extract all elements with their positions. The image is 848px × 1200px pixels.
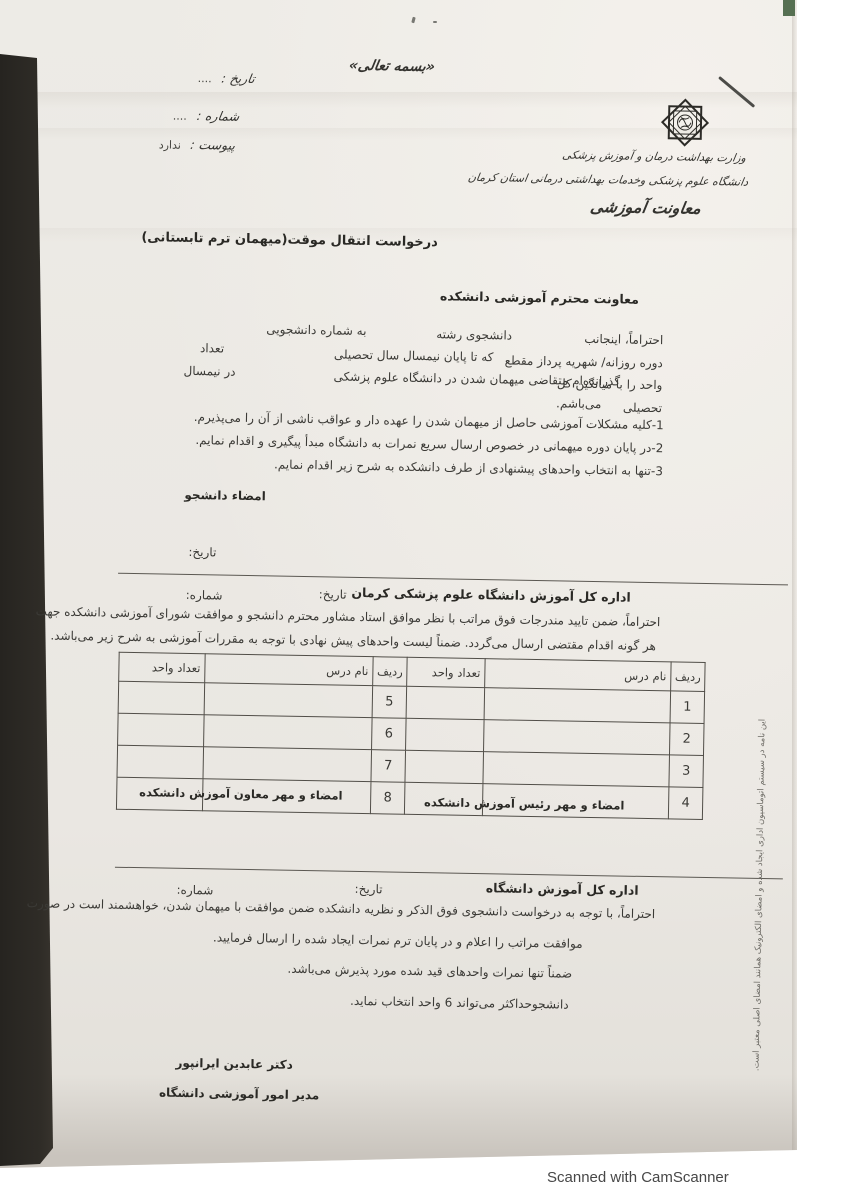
signer-name: دکتر عابدین ایرانپور (175, 1056, 293, 1072)
section3-paragraph-1: احتراماً، با توجه به درخواست دانشجوی فوق… (27, 896, 656, 921)
row-number-cell: 5 (372, 686, 407, 719)
letterhead-line1: وزارت بهداشت درمان و آموزش پزشکی (562, 148, 748, 164)
field-in-semester: در نیمسال (183, 364, 235, 379)
automation-system-side-note: این نامه در سیستم اتوماسیون اداری ایجاد … (751, 675, 775, 1115)
signer-title: مدیر امور آموزشی دانشگاه (159, 1086, 320, 1103)
field-program-type: دوره روزانه/ شهریه پرداز مقطع (505, 353, 663, 370)
section3-paragraph-4: دانشجوحداکثر می‌تواند 6 واحد انتخاب نمای… (350, 994, 569, 1012)
course-name-cell (484, 688, 671, 723)
meta-date-row: تاریخ : .... (198, 70, 255, 86)
col-course-name: نام درس (205, 654, 373, 686)
section2-paragraph-1: احتراماً، ضمن تایید مندرجات فوق مراتب با… (36, 604, 661, 629)
salutation: معاونت محترم آموزشی دانشکده (440, 288, 639, 306)
field-respectfully: احتراماً، اینجانب (584, 332, 663, 347)
row-number-cell: 2 (669, 723, 704, 756)
unit-count-cell (406, 718, 485, 751)
col-unit-count: تعداد واحد (407, 657, 485, 687)
course-name-cell (484, 720, 671, 755)
row-number-cell: 8 (370, 782, 405, 815)
section3-number-label: شماره: (176, 883, 213, 898)
letterhead-line3: معاونت آموزشی (589, 197, 702, 218)
course-name-cell (203, 747, 372, 782)
student-signature-label: امضاء دانشجو (184, 488, 266, 503)
section2-date-label: تاریخ: (319, 587, 347, 601)
unit-count-cell (118, 681, 205, 714)
camscanner-watermark: Scanned with CamScanner (547, 1169, 729, 1186)
field-until-semester: که تا پایان نیمسال سال تحصیلی (334, 347, 494, 364)
date-value: .... (198, 72, 212, 85)
col-unit-count: تعداد واحد (119, 652, 205, 682)
unit-count-cell (118, 713, 205, 746)
scanned-paper: «بسمه تعالی» تاریخ : .... شماره : .... پ… (0, 0, 797, 1168)
col-course-name: نام درس (485, 659, 671, 691)
letterhead-line2: دانشگاه علوم پزشکی وخدمات بهداشتی درمانی… (467, 171, 749, 189)
field-academic: تحصیلی (623, 401, 662, 416)
field-student-id: به شماره دانشجویی (266, 322, 366, 338)
unit-count-cell (117, 745, 204, 778)
scanned-document-page: { "scan": { "besmeh": "«بسمه تعالی»", "m… (0, 0, 848, 1200)
course-name-cell (204, 683, 373, 718)
col-row-number: ردیف (671, 662, 706, 692)
section2-header: اداره کل آموزش دانشگاه علوم پزشکی کرمان (351, 585, 631, 605)
unit-count-cell (406, 686, 485, 719)
number-label: شماره : (196, 108, 241, 124)
field-count: تعداد (200, 341, 224, 355)
commitment-item-2: 2-در پایان دوره میهمانی در خصوص ارسال سر… (195, 433, 663, 455)
row-number-cell: 6 (372, 718, 407, 751)
row-number-cell: 3 (669, 755, 704, 788)
document-title: درخواست انتقال موقت(میهمان ترم تابستانی) (141, 230, 438, 250)
section-divider-line (115, 867, 783, 880)
section-divider-line (118, 573, 788, 586)
bismillah-text: «بسمه تعالی» (348, 58, 436, 75)
ministry-emblem-icon (659, 96, 712, 153)
commitment-item-1: 1-کلیه مشکلات آموزشی حاصل از میهمان شدن … (194, 410, 664, 432)
row-number-cell: 7 (371, 750, 406, 783)
meta-number-row: شماره : .... (173, 108, 240, 124)
meta-attachment-row: پیوست : ندارد (159, 136, 236, 152)
section3-paragraph-3: ضمناً تنها نمرات واحدهای قید شده مورد پذ… (287, 962, 572, 981)
course-name-cell (483, 752, 670, 787)
field-guest-request: گذرانده‌ام متقاضی میهمان شدن در دانشگاه … (333, 369, 620, 388)
col-row-number: ردیف (373, 657, 408, 687)
section3-date-label: تاریخ: (354, 882, 382, 896)
number-value: .... (173, 110, 187, 123)
row-number-cell: 4 (668, 787, 703, 820)
unit-count-cell (405, 750, 484, 783)
field-student-of-major: دانشجوی رشته (436, 327, 512, 342)
section3-header: اداره کل آموزش دانشگاه (486, 880, 639, 898)
document-content: «بسمه تعالی» تاریخ : .... شماره : .... پ… (0, 0, 797, 1168)
attachment-value: ندارد (159, 138, 181, 151)
field-i-am: می‌باشم. (556, 396, 602, 411)
section2-number-label: شماره: (186, 588, 223, 603)
student-date-label: تاریخ: (188, 545, 216, 559)
attachment-label: پیوست : (190, 137, 237, 153)
section2-paragraph-2: هر گونه اقدام مقتضی ارسال می‌گردد. ضمناً… (50, 629, 656, 654)
date-label: تاریخ : (220, 70, 255, 86)
course-name-cell (204, 715, 373, 750)
row-number-cell: 1 (670, 691, 705, 724)
commitment-item-3: 3-تنها به انتخاب واحدهای پیشنهادی از طرف… (274, 457, 663, 478)
section3-paragraph-2: موافقت مراتب را اعلام و در پایان ترم نمر… (213, 930, 583, 950)
